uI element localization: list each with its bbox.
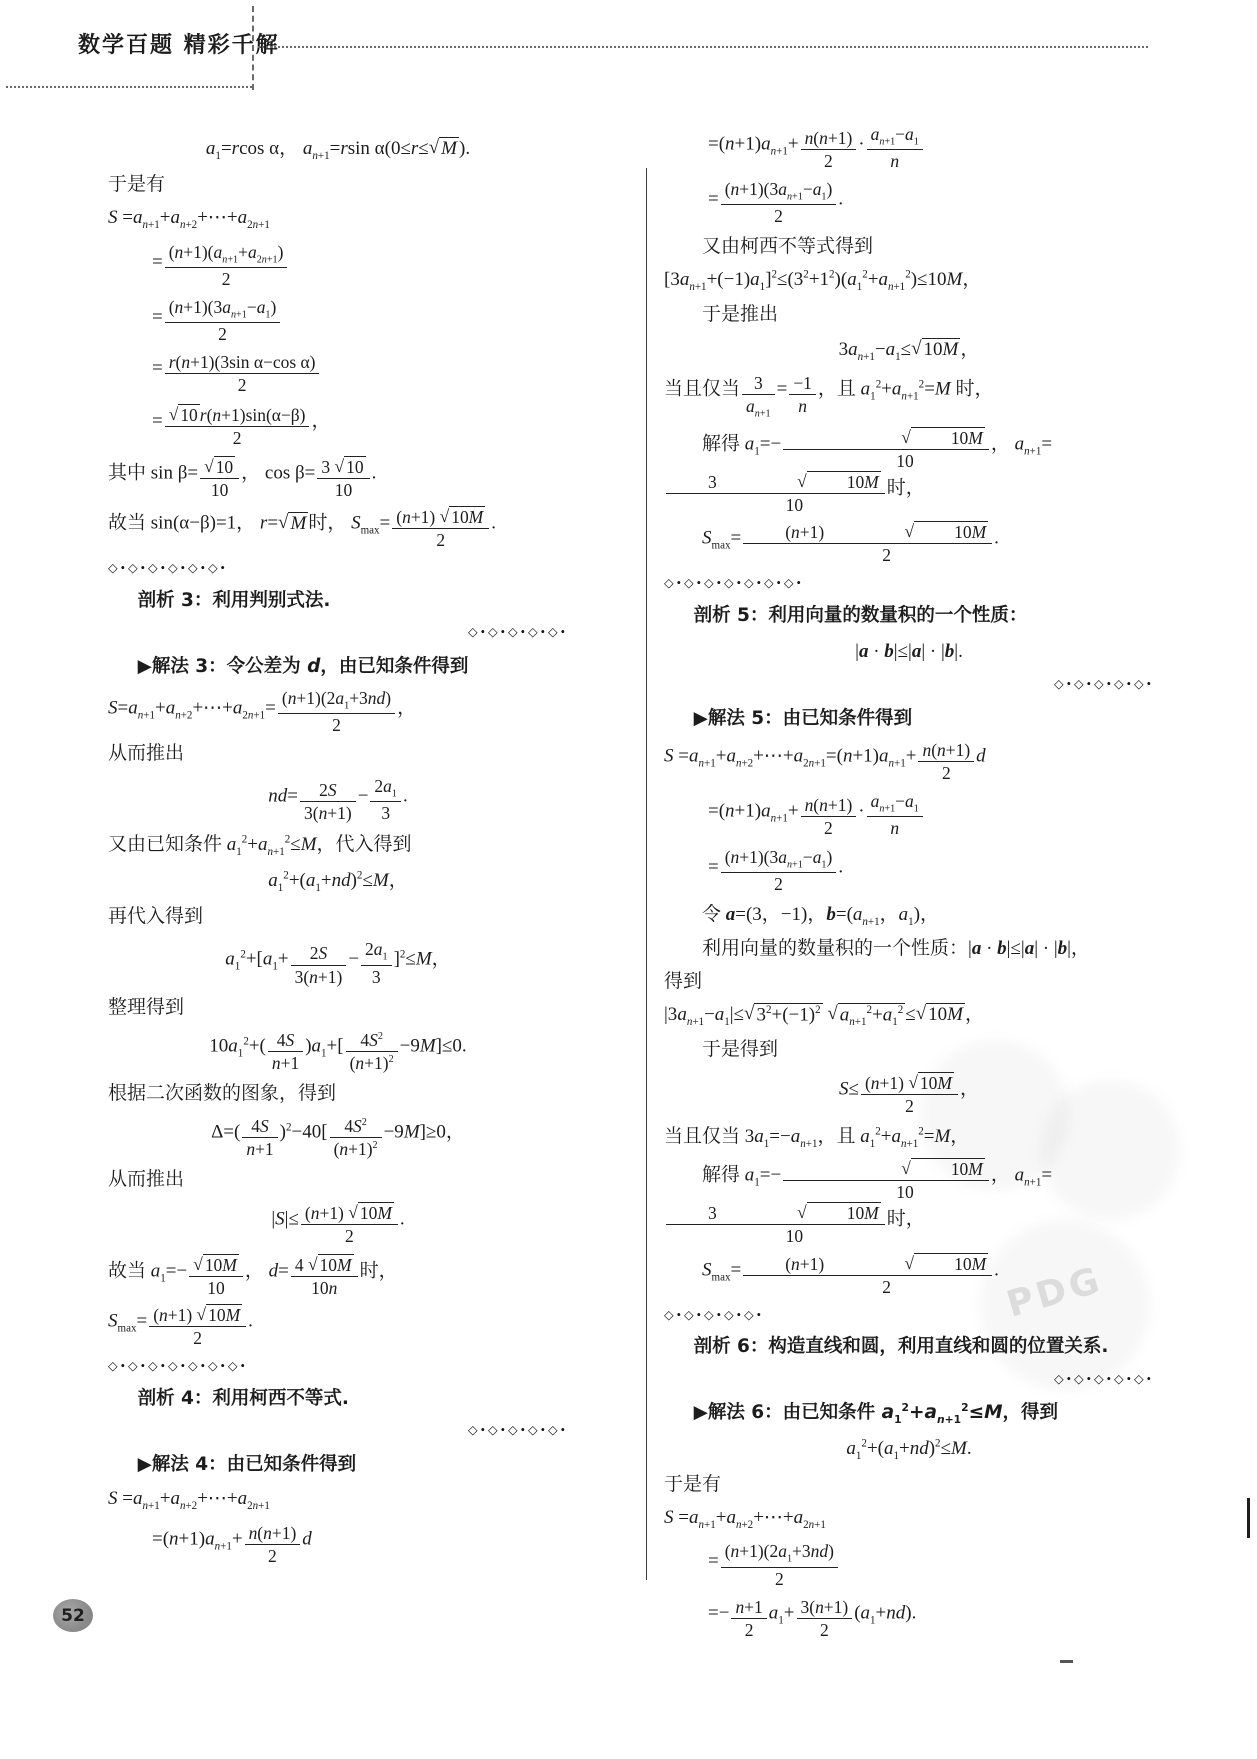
text-line: 故当 sin(α−β)=1， r=√M时， Smax=(n+1) √10M2. <box>108 506 568 550</box>
solution-heading: ▶解法 3：令公差为 d，由已知条件得到 <box>108 654 568 680</box>
text-line: 整理得到 <box>108 995 568 1022</box>
solution-heading: ▶解法 5：由已知条件得到 <box>664 706 1154 732</box>
math-line: |a · b|≤|a| · |b|. <box>664 639 1154 666</box>
section-divider: ◇•◇•◇•◇•◇•◇•◇• <box>108 1358 568 1376</box>
math-line: a12+(a1+nd)2≤M， <box>108 868 568 896</box>
math-line: =(n+1)(2a1+3nd)2 <box>708 1541 1154 1588</box>
math-line: =(n+1)(an+1+a2n+1)2 <box>152 242 568 289</box>
text-line: 又由已知条件 a12+an+12≤M，代入得到 <box>108 832 568 860</box>
text-line: 其中 sin β=√1010， cos β=3 √1010. <box>108 456 568 500</box>
text-line: 又由柯西不等式得到 <box>664 234 1154 261</box>
column-right: =(n+1)an+1+n(n+1)2·an+1−a1n=(n+1)(3an+1−… <box>664 116 1154 1648</box>
header-dotted-rule-left <box>6 86 252 88</box>
text-line: Smax=(n+1) √10M2. <box>664 521 1154 565</box>
math-line: =(n+1)(3an+1−a1)2. <box>708 847 1154 894</box>
math-line: =−n+12a1+3(n+1)2(a1+nd). <box>708 1597 1154 1640</box>
solution-heading: ▶解法 4：由已知条件得到 <box>108 1452 568 1478</box>
math-line: =√10r(n+1)sin(α−β)2， <box>152 404 568 448</box>
text-line: [3an+1+(−1)a1]2≤(32+12)(a12+an+12)≤10M， <box>664 267 1154 295</box>
math-line: 3an+1−a1≤√10M， <box>664 337 1154 365</box>
text-line: S =an+1+an+2+⋯+a2n+1 <box>108 205 568 233</box>
column-divider-line <box>646 168 647 1580</box>
math-line: =(n+1)an+1+n(n+1)2d <box>152 1523 568 1566</box>
text-line: 再代入得到 <box>108 904 568 931</box>
text-line: 于是有 <box>108 172 568 199</box>
header-dotted-rule-right <box>258 46 1148 48</box>
text-line: S =an+1+an+2+⋯+a2n+1 <box>664 1505 1154 1533</box>
math-line: =(n+1)(3an+1−a1)2. <box>708 179 1154 226</box>
math-line: nd=2S3(n+1)−2a13. <box>108 776 568 823</box>
text-line: Smax=(n+1) √10M2. <box>108 1304 568 1348</box>
scan-stray-mark <box>1060 1660 1073 1663</box>
math-line: =r(n+1)(3sin α−cos α)2 <box>152 352 568 395</box>
text-line: 从而推出 <box>108 741 568 768</box>
text-line: S =an+1+an+2+⋯+a2n+1 <box>108 1486 568 1514</box>
text-line: 根据二次函数的图象，得到 <box>108 1081 568 1108</box>
math-line: a1=rcos α， an+1=rsin α(0≤r≤√M). <box>108 136 568 164</box>
text-line: 得到 <box>664 969 1154 996</box>
text-line: S=an+1+an+2+⋯+a2n+1=(n+1)(2a1+3nd)2， <box>108 688 568 735</box>
book-page: 数学百题 精彩千解 a1=rcos α， an+1=rsin α(0≤r≤√M)… <box>0 0 1257 1759</box>
text-line: 从而推出 <box>108 1167 568 1194</box>
column-left: a1=rcos α， an+1=rsin α(0≤r≤√M).于是有S =an+… <box>108 128 568 1574</box>
watermark-blob <box>1040 1080 1180 1220</box>
math-line: |S|≤(n+1) √10M2. <box>108 1202 568 1246</box>
text-line: 于是有 <box>664 1472 1154 1499</box>
math-line: =(n+1)(3an+1−a1)2 <box>152 297 568 344</box>
text-line: 令 a=(3，−1)，b=(an+1，a1)， <box>664 902 1154 930</box>
text-line: 于是得到 <box>664 1037 1154 1064</box>
math-line: 10a12+(4Sn+1)a1+[4S2(n+1)2−9M]≤0. <box>108 1030 568 1073</box>
text-line: 于是推出 <box>664 302 1154 329</box>
text-line: 解得 a1=−√10M10， an+1=3 √10M10时， <box>664 427 1154 515</box>
section-divider: ◇•◇•◇•◇•◇• <box>108 624 568 642</box>
section-divider: ◇•◇•◇•◇•◇• <box>664 676 1154 694</box>
math-line: =(n+1)an+1+n(n+1)2·an+1−a1n <box>708 791 1154 838</box>
math-line: Δ=(4Sn+1)2−40[4S2(n+1)2−9M]≥0， <box>108 1116 568 1159</box>
analysis-heading: 剖析 4：利用柯西不等式. <box>108 1386 568 1412</box>
section-divider: ◇•◇•◇•◇•◇•◇•◇• <box>664 575 1154 593</box>
analysis-heading: 剖析 5：利用向量的数量积的一个性质： <box>664 603 1154 629</box>
text-line: 当且仅当3an+1=−1n，且 a12+an+12=M 时， <box>664 373 1154 420</box>
analysis-heading: 剖析 3：利用判别式法. <box>108 588 568 614</box>
scan-stray-mark <box>1247 1498 1250 1538</box>
text-line: S =an+1+an+2+⋯+a2n+1=(n+1)an+1+n(n+1)2d <box>664 740 1154 783</box>
page-number-badge: 52 <box>53 1599 93 1632</box>
text-line: |3an+1−a1|≤√32+(−1)2 √an+12+a12≤√10M， <box>664 1002 1154 1030</box>
section-divider: ◇•◇•◇•◇•◇•◇• <box>108 560 568 578</box>
math-line: =(n+1)an+1+n(n+1)2·an+1−a1n <box>708 124 1154 171</box>
solution-heading: ▶解法 6：由已知条件 a12+an+12≤M，得到 <box>664 1400 1154 1427</box>
section-divider: ◇•◇•◇•◇•◇• <box>108 1422 568 1440</box>
page-header-title: 数学百题 精彩千解 <box>78 28 280 59</box>
text-line: 利用向量的数量积的一个性质：|a · b|≤|a| · |b|， <box>664 936 1154 963</box>
math-line: a12+(a1+nd)2≤M. <box>664 1436 1154 1464</box>
math-line: a12+[a1+2S3(n+1)−2a13]2≤M， <box>108 939 568 986</box>
header-dashed-rule-vertical <box>252 6 254 90</box>
text-line: 故当 a1=−√10M10， d=4 √10M10n时， <box>108 1254 568 1298</box>
